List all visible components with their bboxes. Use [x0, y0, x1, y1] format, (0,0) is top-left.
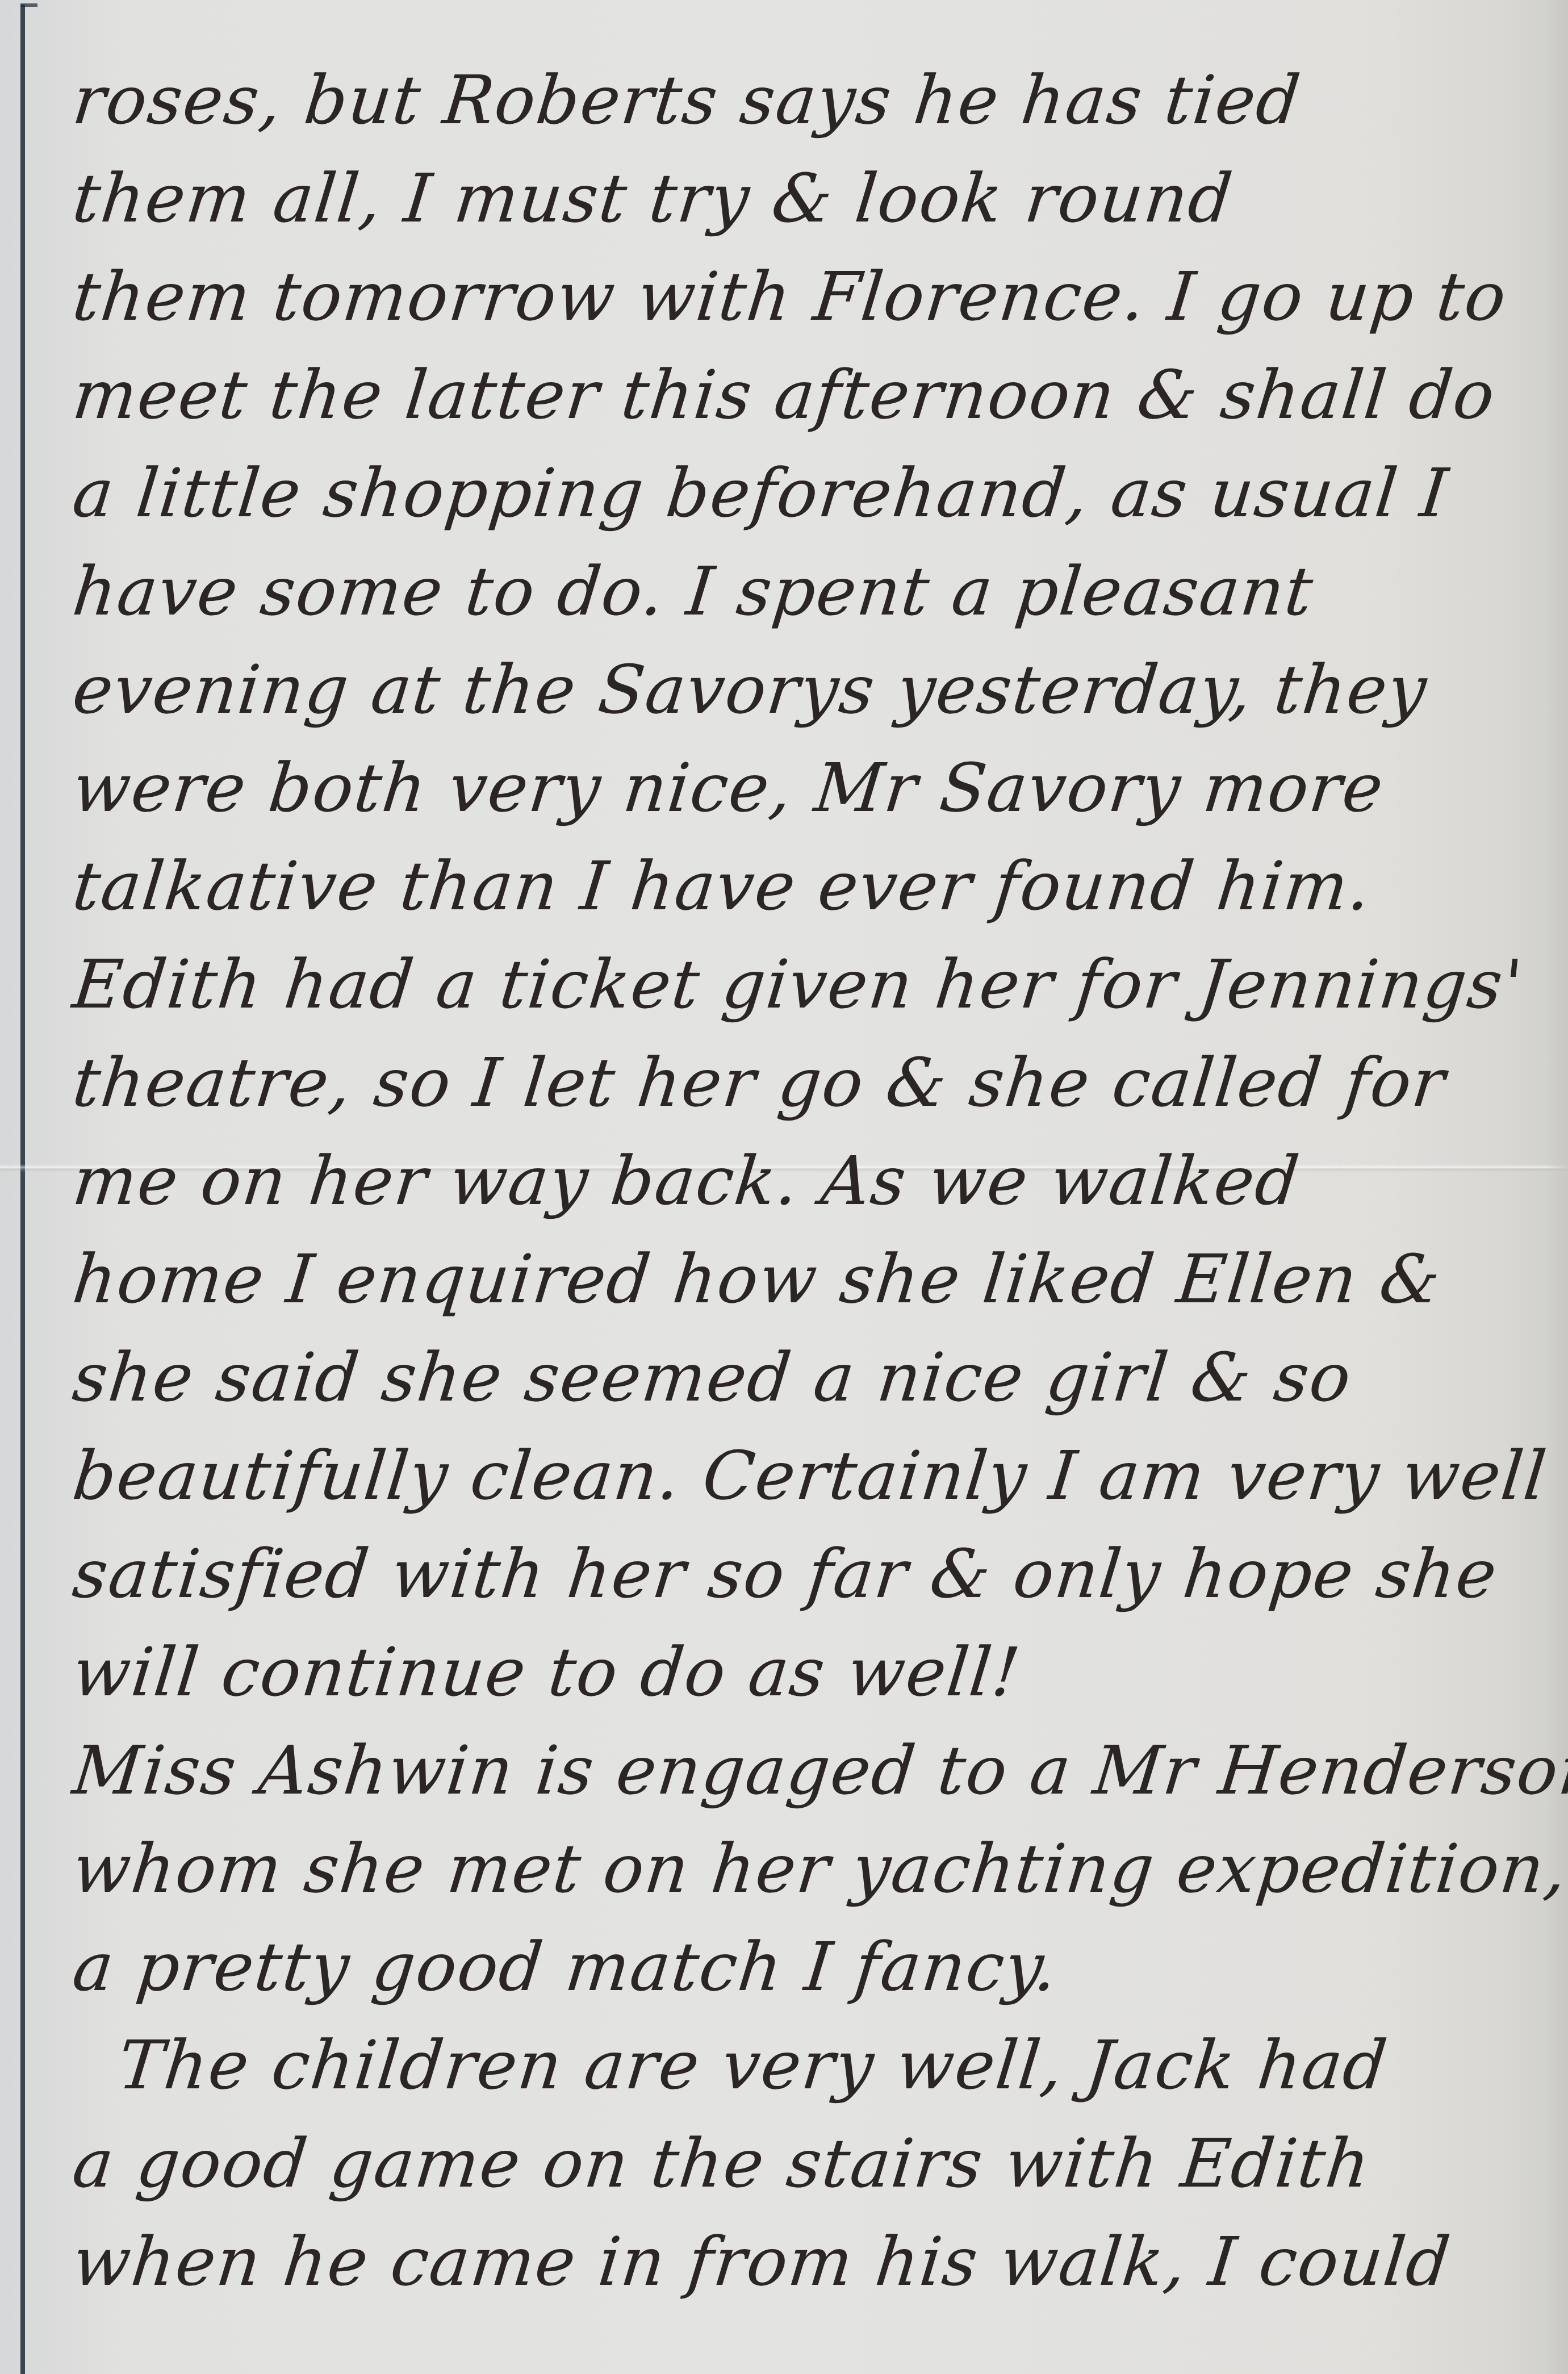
text-line: home I enquired how she liked Ellen & — [68, 1230, 1555, 1328]
text-line: meet the latter this afternoon & shall d… — [68, 346, 1555, 444]
text-line: Edith had a ticket given her for Jenning… — [68, 935, 1555, 1034]
text-line: them all, I must try & look round — [68, 149, 1555, 248]
text-line: were both very nice, Mr Savory more — [68, 739, 1555, 837]
text-line: have some to do. I spent a pleasant — [68, 542, 1555, 641]
text-line: a little shopping beforehand, as usual I — [68, 444, 1555, 542]
text-line-paragraph-start: The children are very well, Jack had — [68, 2016, 1555, 2114]
text-line: will continue to do as well! — [68, 1623, 1555, 1721]
text-line: satisfied with her so far & only hope sh… — [68, 1525, 1555, 1623]
text-line: talkative than I have ever found him. — [68, 837, 1555, 935]
text-line: theatre, so I let her go & she called fo… — [68, 1034, 1555, 1132]
text-line: she said she seemed a nice girl & so — [68, 1328, 1555, 1427]
text-line: them tomorrow with Florence. I go up to — [68, 248, 1555, 346]
page-left-border — [20, 5, 25, 2374]
handwritten-text-body: roses, but Roberts says he has tied them… — [68, 51, 1545, 2311]
text-line: whom she met on her yachting expedition, — [68, 1820, 1555, 1918]
text-line: me on her way back. As we walked — [68, 1132, 1555, 1230]
text-line: beautifully clean. Certainly I am very w… — [68, 1427, 1555, 1525]
text-line: a good game on the stairs with Edith — [68, 2114, 1555, 2213]
letter-sheet: roses, but Roberts says he has tied them… — [0, 0, 1568, 2374]
text-line-paragraph-start: Miss Ashwin is engaged to a Mr Henderson — [68, 1721, 1555, 1820]
text-line: a pretty good match I fancy. — [68, 1918, 1555, 2016]
text-line: evening at the Savorys yesterday, they — [68, 641, 1555, 739]
text-line: when he came in from his walk, I could — [68, 2213, 1555, 2311]
page-top-corner — [20, 3, 37, 7]
text-line: roses, but Roberts says he has tied — [68, 51, 1555, 149]
